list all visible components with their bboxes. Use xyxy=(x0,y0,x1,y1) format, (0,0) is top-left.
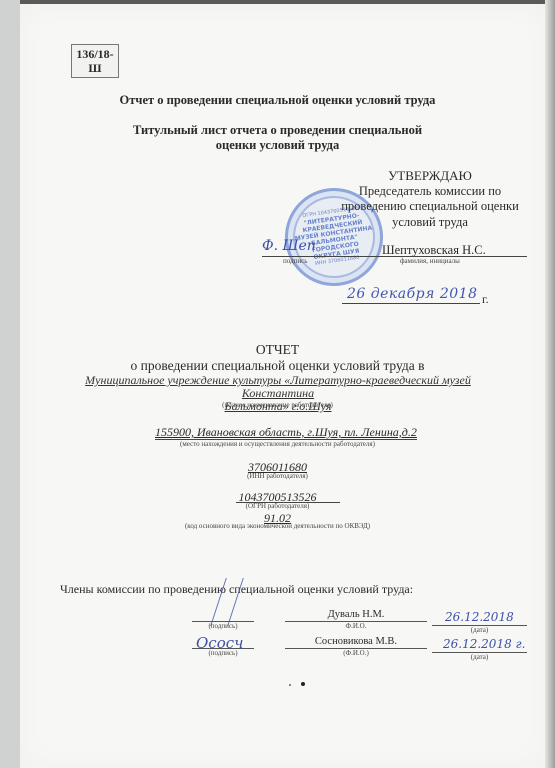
date-line xyxy=(342,303,480,304)
inn-caption: (ИНН работодателя) xyxy=(0,472,555,480)
scan-speck xyxy=(289,684,291,686)
member2-name: Сосновикова М.В. xyxy=(285,636,427,647)
address-caption: (место нахождения и осуществления деятел… xyxy=(0,440,555,448)
scan-left-edge xyxy=(0,0,20,768)
approval-block: УТВЕРЖДАЮ Председатель комиссии по прове… xyxy=(330,168,530,230)
signature-caption: подпись xyxy=(283,257,307,265)
member1-date: 26.12.2018 xyxy=(445,610,514,624)
ogrn-caption: (ОГРН работодателя) xyxy=(0,502,555,510)
scan-top-edge xyxy=(20,0,555,4)
employer-address: 155900, Ивановская область, г.Шуя, пл. Л… xyxy=(155,425,417,440)
chairman-signature: Ф. Шеп xyxy=(262,238,316,254)
member1-name: Дуваль Н.М. xyxy=(285,609,427,620)
document-code-box: 136/18- Ш xyxy=(71,44,119,78)
date-suffix: г. xyxy=(482,292,489,307)
code-line-2: Ш xyxy=(72,61,118,75)
member2-date: 26.12.2018 г. xyxy=(443,637,525,651)
document-subtitle: Титульный лист отчета о проведении специ… xyxy=(0,123,555,153)
document-title: Отчет о проведении специальной оценки ус… xyxy=(0,93,555,108)
scan-speck xyxy=(301,682,305,686)
okved-caption: (код основного вида экономической деятел… xyxy=(0,522,555,530)
name-caption: фамилия, инициалы xyxy=(400,257,460,265)
report-heading: ОТЧЕТ xyxy=(0,342,555,358)
employer-name-caption: (полное наименование работодателя) xyxy=(0,401,555,409)
code-line-1: 136/18- xyxy=(72,47,118,61)
approval-date: 26 декабря 2018 xyxy=(347,286,478,302)
approval-heading: УТВЕРЖДАЮ xyxy=(330,168,530,184)
report-subheading: о проведении специальной оценки условий … xyxy=(0,358,555,374)
scan-right-edge xyxy=(545,0,555,768)
